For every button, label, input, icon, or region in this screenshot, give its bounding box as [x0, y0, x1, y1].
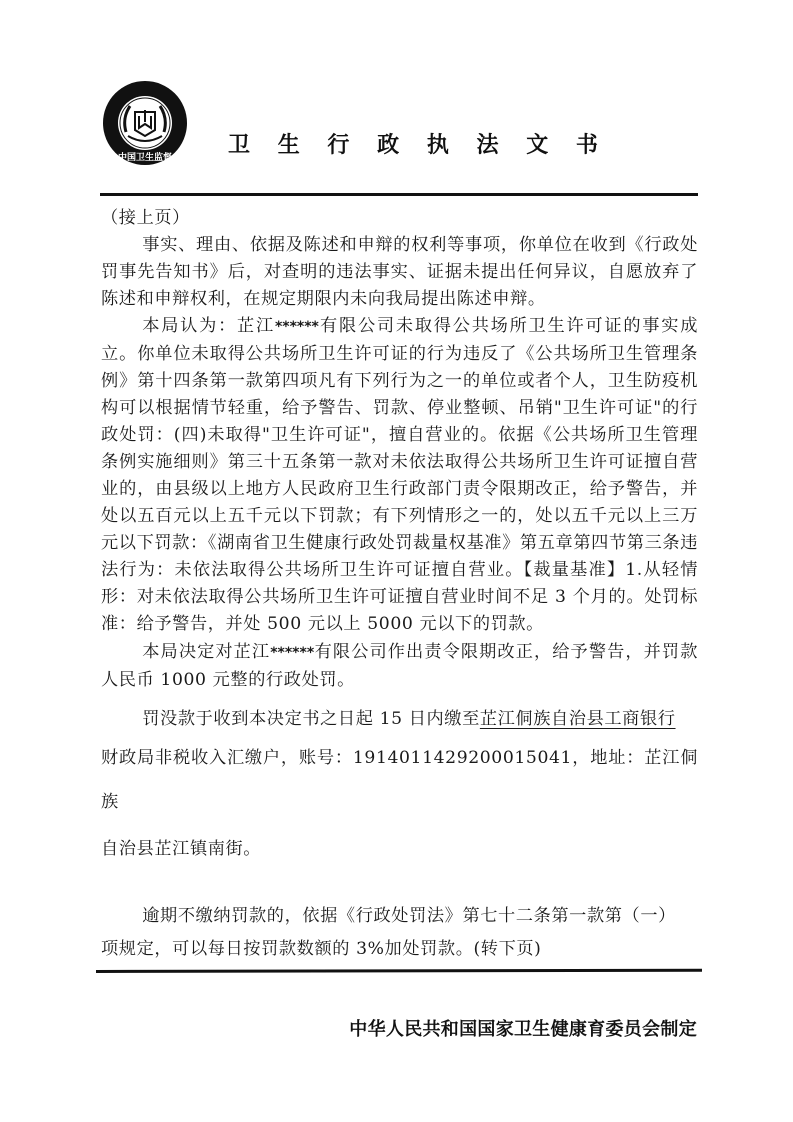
title-char: 行 — [327, 128, 349, 159]
title-char: 文 — [526, 128, 548, 159]
paragraph-findings: 本局认为：芷江******有限公司未取得公共场所卫生许可证的事实成立。你单位未取… — [101, 313, 698, 638]
paragraph-statement-rights: 事实、理由、依据及陈述和申辩的权利等事项，你单位在收到《行政处罚事先告知书》后，… — [101, 232, 698, 313]
title-char: 卫 — [228, 128, 250, 159]
title-char: 书 — [576, 128, 598, 159]
issuer-label: 中华人民共和国国家卫生健康育委员会制定 — [349, 1015, 697, 1041]
paragraph-late-penalty: 逾期不缴纳罚款的，依据《行政处罚法》第七十二条第一款第（一） 项规定，可以每日按… — [101, 900, 698, 966]
document-body: （接上页） 事实、理由、依据及陈述和申辩的权利等事项，你单位在收到《行政处罚事先… — [101, 205, 698, 966]
footer-divider — [96, 969, 702, 973]
document-title: 卫 生 行 政 执 法 文 书 — [228, 128, 598, 159]
title-char: 政 — [377, 128, 399, 159]
title-char: 法 — [477, 128, 499, 159]
header-divider — [100, 193, 698, 196]
payment-bank: 芷江侗族自治县工商银行 — [480, 709, 676, 729]
payment-account-line: 财政局非税收入汇缴户，账号：1914011429200015041，地址：芷江侗… — [101, 736, 698, 824]
health-inspection-emblem-icon: 中国卫生监督 — [102, 80, 188, 166]
redacted-company-name: ****** — [275, 319, 319, 335]
title-char: 生 — [278, 128, 300, 159]
continued-from-label: （接上页） — [101, 205, 698, 232]
paragraph-decision: 本局决定对芷江******有限公司作出责令限期改正，给予警告，并罚款人民币 10… — [101, 639, 698, 694]
title-char: 执 — [427, 128, 449, 159]
redacted-company-name: ****** — [270, 645, 314, 661]
svg-text:中国卫生监督: 中国卫生监督 — [118, 151, 172, 163]
paragraph-payment: 罚没款于收到本决定书之日起 15 日内缴至芷江侗族自治县工商银行 财政局非税收入… — [101, 702, 698, 874]
payment-address-line: 自治县芷江镇南街。 — [101, 824, 698, 874]
